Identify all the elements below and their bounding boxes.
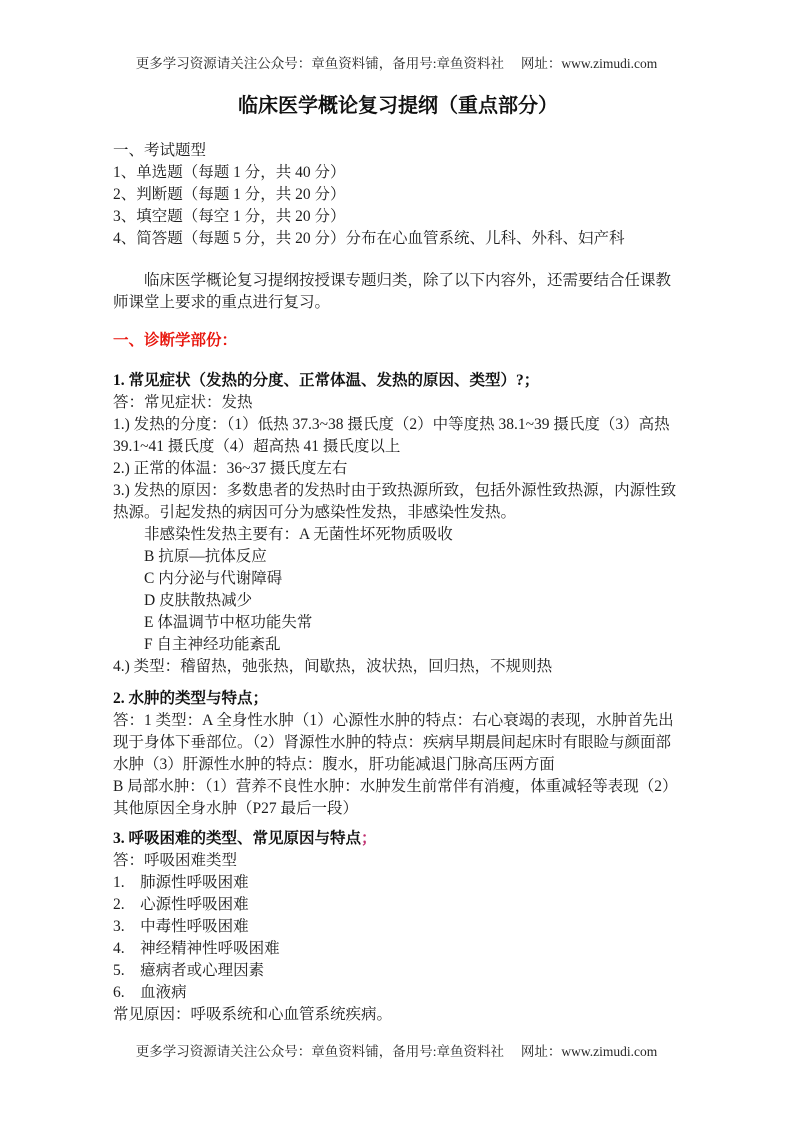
- question-2-heading: 2. 水肿的类型与特点；: [113, 688, 683, 710]
- question-3-heading: 3. 呼吸困难的类型、常见原因与特点；: [113, 828, 683, 850]
- question-1-block: 1. 常见症状（发热的分度、正常体温、发热的原因、类型）?； 答：常见症状：发热…: [113, 370, 683, 678]
- answer-line: F 自主神经功能紊乱: [113, 634, 683, 656]
- exam-type-item: 3、填空题（每空 1 分，共 20 分）: [113, 206, 683, 228]
- page-footer-note: 更多学习资源请关注公众号：章鱼资料铺，备用号:章鱼资料社 网址：www.zimu…: [0, 1040, 793, 1060]
- dyspnea-type-item: 4. 神经精神性呼吸困难: [113, 938, 683, 960]
- answer-line: B 抗原—抗体反应: [113, 546, 683, 568]
- exam-types-block: 一、考试题型 1、单选题（每题 1 分，共 40 分） 2、判断题（每题 1 分…: [113, 140, 683, 250]
- document-page: 更多学习资源请关注公众号：章鱼资料铺，备用号:章鱼资料社 网址：www.zimu…: [0, 0, 793, 1122]
- dyspnea-type-item: 6. 血液病: [113, 982, 683, 1004]
- question-2-block: 2. 水肿的类型与特点； 答：1 类型：A 全身性水肿（1）心源性水肿的特点：右…: [113, 688, 683, 820]
- answer-line: 答：1 类型：A 全身性水肿（1）心源性水肿的特点：右心衰竭的表现，水肿首先出现…: [113, 710, 683, 776]
- question-3-heading-text: 3. 呼吸困难的类型、常见原因与特点: [113, 830, 361, 847]
- exam-type-item: 1、单选题（每题 1 分，共 40 分）: [113, 162, 683, 184]
- question-3-heading-punct: ；: [361, 830, 377, 847]
- exam-type-item: 2、判断题（每题 1 分，共 20 分）: [113, 184, 683, 206]
- dyspnea-type-item: 2. 心源性呼吸困难: [113, 894, 683, 916]
- answer-line: 4.) 类型：稽留热，弛张热，间歇热，波状热，回归热，不规则热: [113, 656, 683, 678]
- question-3-block: 3. 呼吸困难的类型、常见原因与特点； 答：呼吸困难类型 1. 肺源性呼吸困难 …: [113, 828, 683, 1026]
- answer-line: C 内分泌与代谢障碍: [113, 568, 683, 590]
- answer-line: B 局部水肿：（1）营养不良性水肿：水肿发生前常伴有消瘦，体重减轻等表现（2）其…: [113, 776, 683, 820]
- answer-line: 1.) 发热的分度：（1）低热 37.3~38 摄氏度（2）中等度热 38.1~…: [113, 414, 683, 458]
- diagnostics-section-heading: 一、诊断学部份：: [113, 330, 683, 352]
- answer-line: D 皮肤散热减少: [113, 590, 683, 612]
- answer-line: 3.) 发热的原因：多数患者的发热时由于致热源所致，包括外源性致热源，内源性致热…: [113, 480, 683, 524]
- exam-types-heading: 一、考试题型: [113, 140, 683, 162]
- page-header-note: 更多学习资源请关注公众号：章鱼资料铺，备用号:章鱼资料社 网址：www.zimu…: [0, 52, 793, 72]
- answer-line: 答：常见症状：发热: [113, 392, 683, 414]
- answer-line: 非感染性发热主要有：A 无菌性坏死物质吸收: [113, 524, 683, 546]
- dyspnea-type-item: 3. 中毒性呼吸困难: [113, 916, 683, 938]
- question-1-heading: 1. 常见症状（发热的分度、正常体温、发热的原因、类型）?；: [113, 370, 683, 392]
- document-title: 临床医学概论复习提纲（重点部分）: [113, 92, 683, 120]
- question-3-answer-label: 答：呼吸困难类型: [113, 850, 683, 872]
- dyspnea-type-item: 1. 肺源性呼吸困难: [113, 872, 683, 894]
- intro-paragraph: 临床医学概论复习提纲按授课专题归类，除了以下内容外，还需要结合任课教师课堂上要求…: [113, 270, 683, 314]
- exam-type-item: 4、简答题（每题 5 分，共 20 分）分布在心血管系统、儿科、外科、妇产科: [113, 228, 683, 250]
- document-content: 临床医学概论复习提纲（重点部分） 一、考试题型 1、单选题（每题 1 分，共 4…: [113, 92, 683, 1026]
- dyspnea-type-item: 5. 癔病者或心理因素: [113, 960, 683, 982]
- question-3-cause-line: 常见原因：呼吸系统和心血管系统疾病。: [113, 1004, 683, 1026]
- answer-line: E 体温调节中枢功能失常: [113, 612, 683, 634]
- answer-line: 2.) 正常的体温：36~37 摄氏度左右: [113, 458, 683, 480]
